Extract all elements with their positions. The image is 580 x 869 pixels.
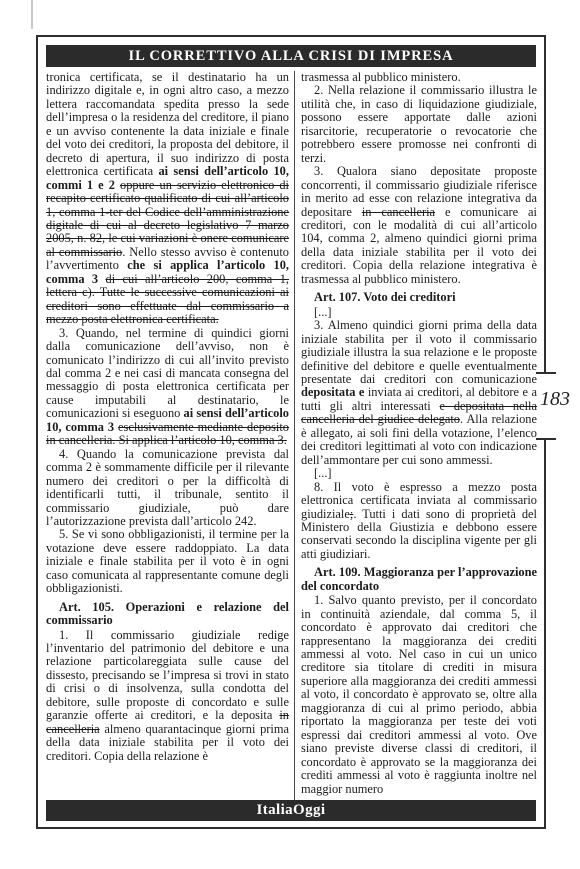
text-run: Art. 105. Operazioni e relazione del com… [46, 600, 289, 627]
paragraph: [...] [301, 467, 537, 480]
paragraph: 5. Se vi sono obbligazionisti, il termin… [46, 528, 289, 595]
frame-border-right-lower [544, 440, 546, 829]
frame-border-right-upper [544, 35, 546, 374]
frame-border-top [36, 35, 546, 37]
text-run: Art. 109. Maggioranza per l’approvazione… [301, 565, 537, 592]
section-header-bar: IL CORRETTIVO ALLA CRISI DI IMPRESA [46, 45, 536, 67]
paragraph: 8. Il voto è espresso a mezzo posta elet… [301, 481, 537, 562]
text-run: 1. Salvo quanto previsto, per il concord… [301, 593, 537, 795]
paragraph: 2. Nella relazione il commissario illust… [301, 84, 537, 165]
page-number: 183 [536, 388, 574, 411]
text-run: 3. Almeno quindici giorni prima della da… [301, 318, 537, 386]
publisher-logo: ItaliaOggi [256, 802, 325, 819]
registration-mark [31, 0, 33, 29]
column-left: tronica certificata, se il destinatario … [46, 71, 294, 800]
text-run: tronica certificata, se il destinatario … [46, 71, 289, 178]
paragraph: 3. Qualora siano depositate proposte con… [301, 165, 537, 286]
frame-border-left [36, 35, 38, 829]
text-run: 2. Nella relazione il commissario illust… [301, 83, 537, 164]
paragraph: 1. Il commissario giudiziale redige l’in… [46, 629, 289, 764]
column-right: trasmessa al pubblico ministero.2. Nella… [295, 71, 537, 800]
paragraph: 3. Quando, nel termine di quindici giorn… [46, 327, 289, 448]
text-run: 5. Se vi sono obbligazionisti, il termin… [46, 527, 289, 595]
article-heading: Art. 107. Voto dei creditori [301, 291, 537, 304]
paragraph: 1. Salvo quanto previsto, per il concord… [301, 594, 537, 796]
paragraph: 4. Quando la comunicazione prevista dal … [46, 448, 289, 529]
deleted-text: in cancelleria [362, 205, 435, 219]
page-number-notch-bottom [536, 438, 556, 440]
footer-bar: ItaliaOggi [46, 800, 536, 821]
section-title: IL CORRETTIVO ALLA CRISI DI IMPRESA [129, 48, 454, 65]
paragraph: trasmessa al pubblico ministero. [301, 71, 537, 84]
text-run: trasmessa al pubblico ministero. [301, 71, 461, 84]
text-run: [...] [314, 466, 332, 480]
paragraph: 3. Almeno quindici giorni prima della da… [301, 319, 537, 467]
paragraph: tronica certificata, se il destinatario … [46, 71, 289, 327]
text-run: 1. Il commissario giudiziale redige l’in… [46, 628, 289, 723]
page-number-notch-top [536, 372, 556, 374]
article-heading: Art. 105. Operazioni e relazione del com… [46, 601, 289, 628]
frame-border-bottom [36, 827, 546, 829]
text-run: [...] [314, 305, 332, 319]
text-columns: tronica certificata, se il destinatario … [46, 71, 537, 800]
text-run: Art. 107. Voto dei creditori [314, 290, 456, 304]
document-page: IL CORRETTIVO ALLA CRISI DI IMPRESA tron… [0, 0, 580, 869]
text-run: 4. Quando la comunicazione prevista dal … [46, 447, 289, 528]
inserted-text: depositata e [301, 385, 364, 399]
paragraph: [...] [301, 306, 537, 319]
article-heading: Art. 109. Maggioranza per l’approvazione… [301, 566, 537, 593]
